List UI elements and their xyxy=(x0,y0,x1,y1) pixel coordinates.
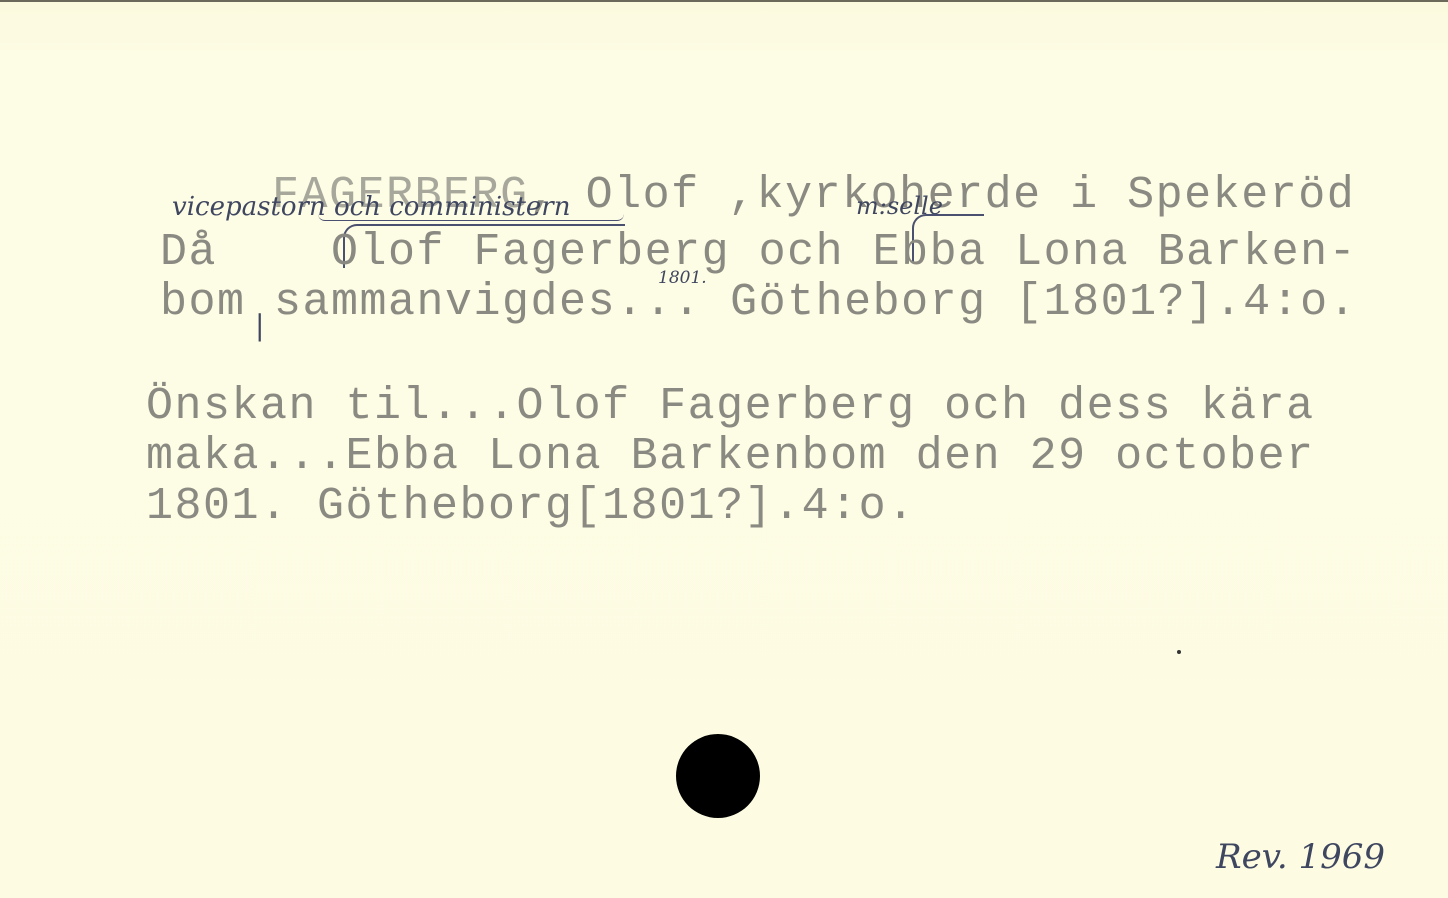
ink-speck xyxy=(1177,650,1181,654)
handwritten-annotation-year: 1801. xyxy=(658,270,707,287)
catalog-card: FAGERBERG, Olof ,kyrkoherde i Spekeröd v… xyxy=(0,0,1448,898)
annotation-underline xyxy=(318,214,624,221)
punch-hole xyxy=(676,734,760,818)
entry1-line2: bom sammanvigdes... Götheborg [1801?].4:… xyxy=(160,280,1357,325)
handwritten-comma-mark: | xyxy=(255,312,264,340)
entry2-line1: Önskan til...Olof Fagerberg och dess kär… xyxy=(146,384,1315,429)
entry2-line3: 1801. Götheborg[1801?].4:o. xyxy=(146,484,916,529)
entry2-line2: maka...Ebba Lona Barkenbom den 29 octobe… xyxy=(146,434,1315,479)
entry1-line1: Då Olof Fagerberg och Ebba Lona Barken- xyxy=(160,230,1357,275)
revision-note: Rev. 1969 xyxy=(1216,840,1385,874)
